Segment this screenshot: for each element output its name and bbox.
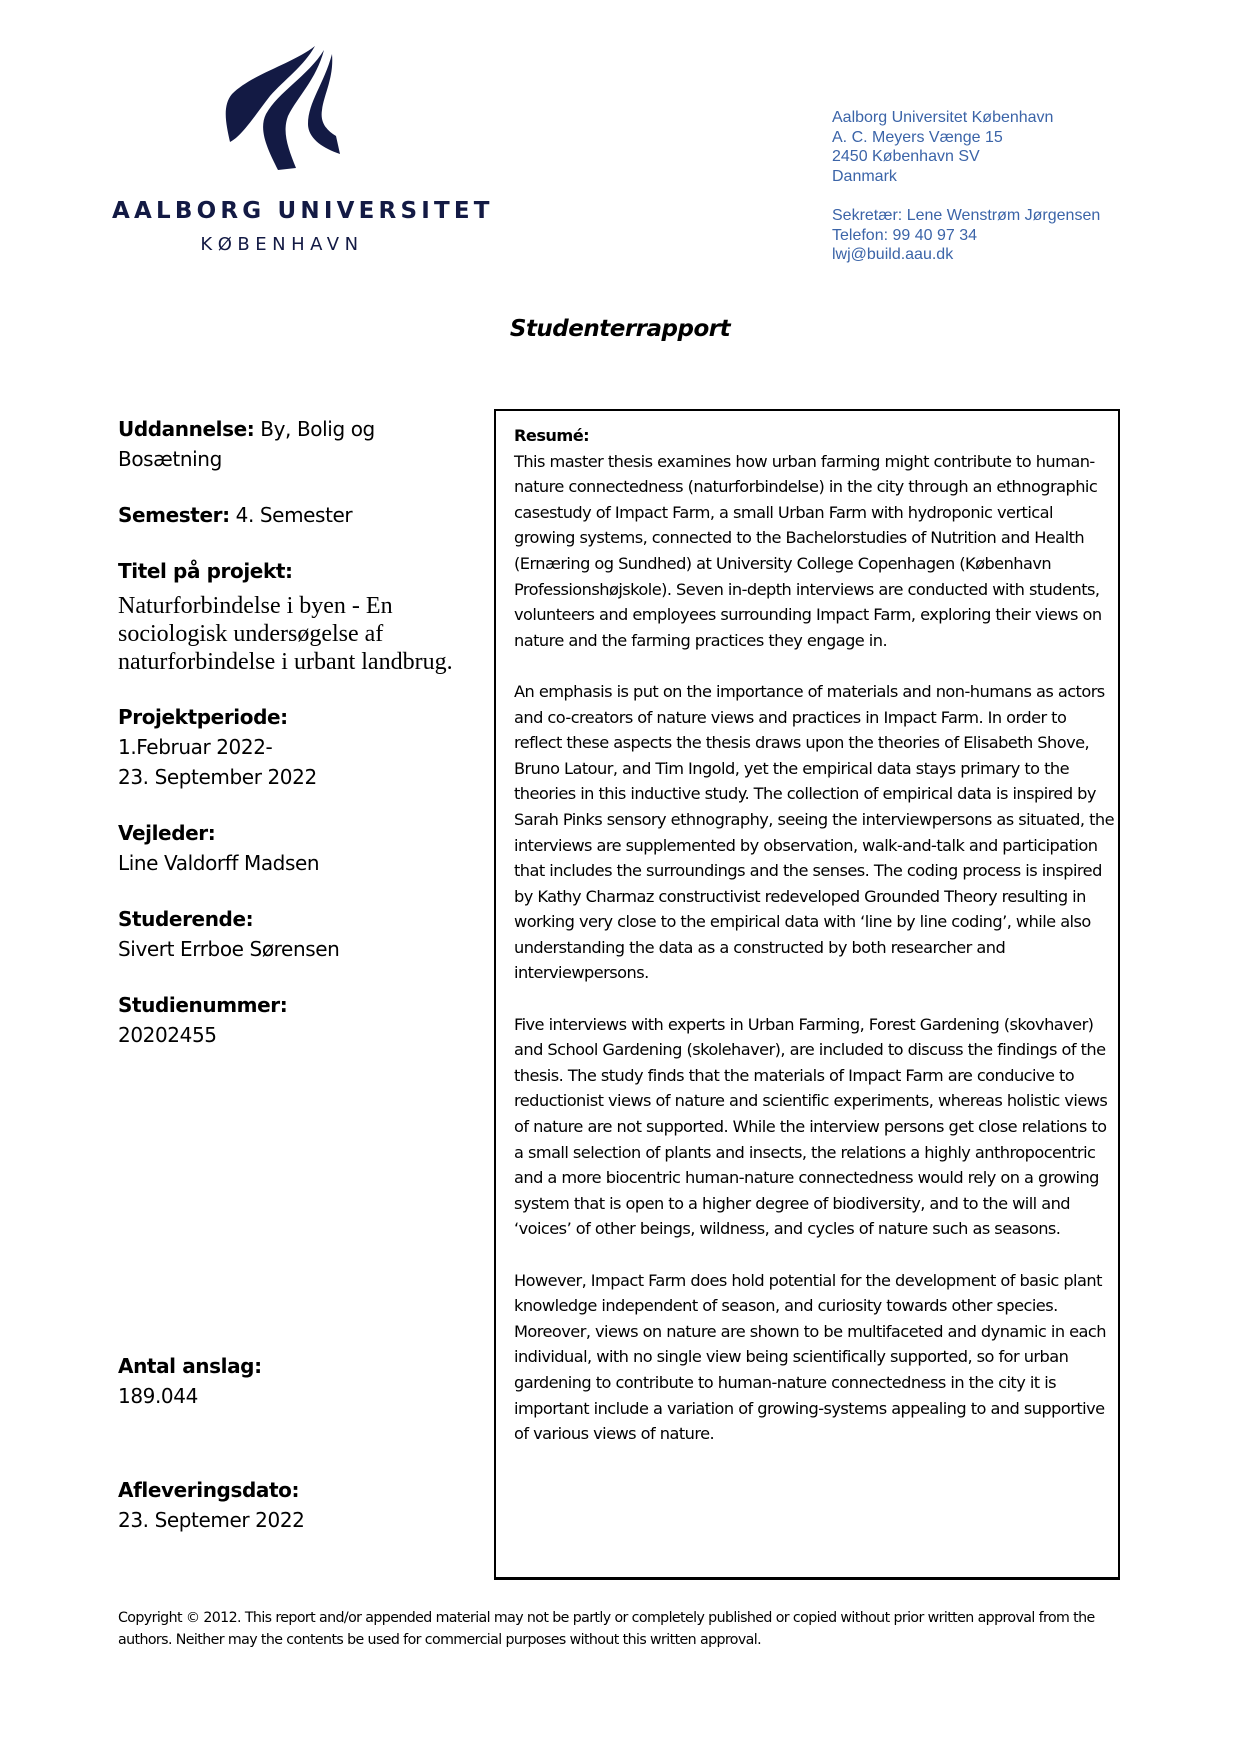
field-label: Studienummer: <box>118 993 287 1017</box>
field-studienummer: Studienummer: 20202455 <box>118 990 478 1050</box>
field-value: 4. Semester <box>230 503 353 527</box>
address-line: A. C. Meyers Vænge 15 <box>832 128 1100 148</box>
field-semester: Semester: 4. Semester <box>118 500 478 530</box>
field-label: Titel på projekt: <box>118 559 293 583</box>
project-info: Uddannelse: By, Bolig og Bosætning Semes… <box>118 414 478 1076</box>
address-line: Danmark <box>832 167 1100 187</box>
field-vejleder: Vejleder: Line Valdorff Madsen <box>118 818 478 878</box>
resume-paragraph: An emphasis is put on the importance of … <box>514 679 1114 986</box>
field-label: Semester: <box>118 503 230 527</box>
resume-paragraph: This master thesis examines how urban fa… <box>514 449 1114 654</box>
university-city: KØBENHAVN <box>112 234 452 255</box>
field-label: Antal anslag: <box>118 1354 262 1378</box>
field-uddannelse: Uddannelse: By, Bolig og Bosætning <box>118 414 478 474</box>
university-name: AALBORG UNIVERSITET <box>112 198 452 224</box>
address-block: Aalborg Universitet København A. C. Meye… <box>832 108 1100 265</box>
address-line: 2450 København SV <box>832 147 1100 167</box>
field-label: Uddannelse: <box>118 417 254 441</box>
field-label: Projektperiode: <box>118 705 288 729</box>
field-value: Sivert Errboe Sørensen <box>118 934 478 964</box>
document-title: Studenterrapport <box>0 316 1240 342</box>
field-antal-anslag: Antal anslag: 189.044 <box>118 1351 478 1411</box>
phone-line: Telefon: 99 40 97 34 <box>832 226 1100 246</box>
field-titel: Titel på projekt: Naturforbindelse i bye… <box>118 556 478 676</box>
resume-box: Resumé: This master thesis examines how … <box>494 409 1120 1580</box>
secretary-line: Sekretær: Lene Wenstrøm Jørgensen <box>832 206 1100 226</box>
resume-paragraph: However, Impact Farm does hold potential… <box>514 1268 1114 1447</box>
field-value: 23. Septemer 2022 <box>118 1505 478 1535</box>
field-label: Afleveringsdato: <box>118 1478 299 1502</box>
field-value: 1.Februar 2022- <box>118 732 478 762</box>
copyright-notice: Copyright © 2012. This report and/or app… <box>118 1607 1128 1651</box>
email-link[interactable]: lwj@build.aau.dk <box>832 245 1100 265</box>
resume-paragraph: Five interviews with experts in Urban Fa… <box>514 1012 1114 1242</box>
project-title-value: Naturforbindelse i byen - En sociologisk… <box>118 592 478 676</box>
field-value: 20202455 <box>118 1020 478 1050</box>
aau-wave-logo-icon <box>212 44 352 174</box>
field-value: Line Valdorff Madsen <box>118 848 478 878</box>
field-projektperiode: Projektperiode: 1.Februar 2022- 23. Sept… <box>118 702 478 792</box>
field-afleveringsdato: Afleveringsdato: 23. Septemer 2022 <box>118 1475 478 1535</box>
field-value: 189.044 <box>118 1381 478 1411</box>
field-value: 23. September 2022 <box>118 762 478 792</box>
address-line: Aalborg Universitet København <box>832 108 1100 128</box>
field-label: Vejleder: <box>118 821 215 845</box>
field-studerende: Studerende: Sivert Errboe Sørensen <box>118 904 478 964</box>
resume-heading: Resumé: <box>514 423 1114 449</box>
field-label: Studerende: <box>118 907 253 931</box>
